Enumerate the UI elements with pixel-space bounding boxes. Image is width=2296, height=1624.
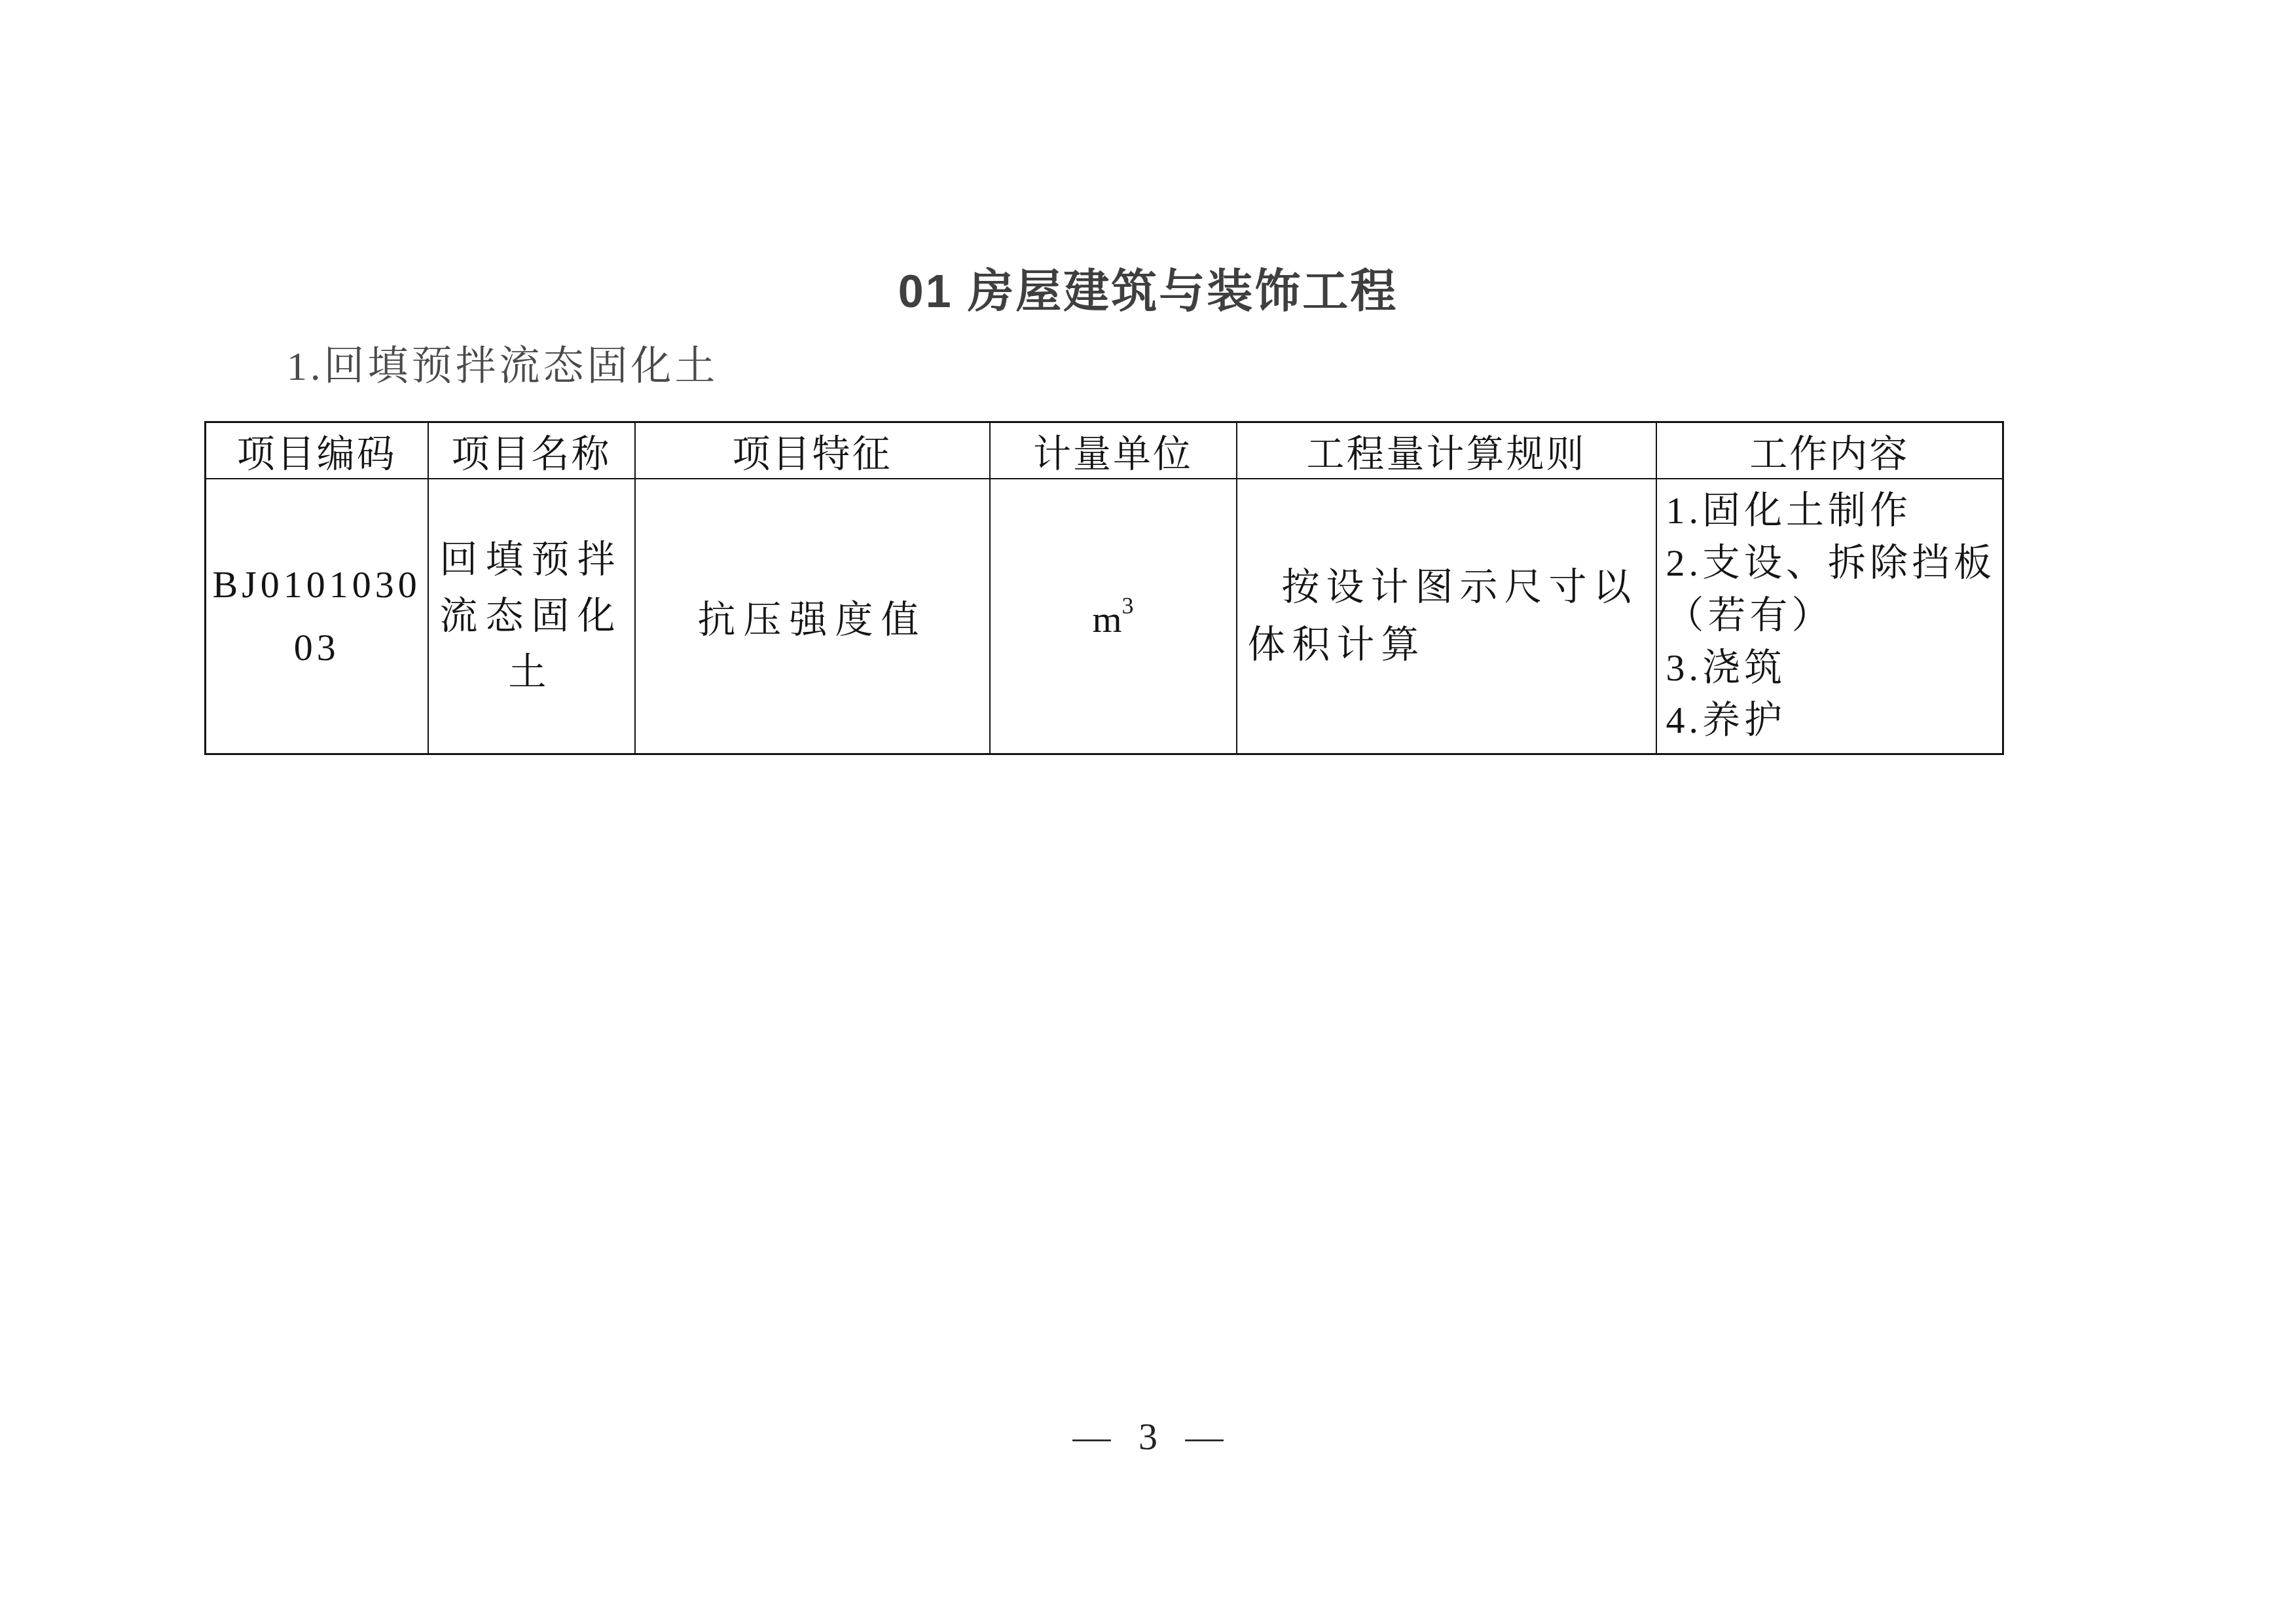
header-project-feature: 项目特征	[635, 422, 990, 479]
header-work-content: 工作内容	[1656, 422, 2003, 479]
table-data-row: BJ010103003 回填预拌流态固化土 抗压强度值 m3 按设计图示尺寸以体…	[206, 479, 2003, 754]
cell-work-content: 1.固化土制作 2.支设、拆除挡板（若有） 3.浇筑 4.养护	[1656, 479, 2003, 754]
quantity-rule-text: 按设计图示尺寸以体积计算	[1248, 559, 1645, 674]
cell-project-name: 回填预拌流态固化土	[428, 479, 635, 754]
table-header-row: 项目编码 项目名称 项目特征 计量单位 工程量计算规则 工作内容	[206, 422, 2003, 479]
header-measure-unit: 计量单位	[990, 422, 1237, 479]
cell-measure-unit: m3	[990, 479, 1237, 754]
header-project-code: 项目编码	[206, 422, 428, 479]
cell-quantity-rule: 按设计图示尺寸以体积计算	[1237, 479, 1656, 754]
section-heading: 1.回填预拌流态固化土	[287, 343, 719, 390]
work-item: 2.支设、拆除挡板（若有）	[1666, 537, 1999, 642]
document-page: 01 房屋建筑与装饰工程 1.回填预拌流态固化土 项目编码 项目名称 项目特征 …	[0, 0, 2296, 1624]
work-item: 3.浇筑	[1666, 642, 1999, 694]
work-item: 4.养护	[1666, 694, 1999, 747]
header-project-name: 项目名称	[428, 422, 635, 479]
cell-project-code: BJ010103003	[206, 479, 428, 754]
cell-project-feature: 抗压强度值	[635, 479, 990, 754]
page-number: — 3 —	[0, 1414, 2296, 1458]
header-quantity-rule: 工程量计算规则	[1237, 422, 1656, 479]
unit-base: m	[1092, 598, 1121, 640]
work-item: 1.固化土制作	[1666, 485, 1999, 537]
unit-exponent: 3	[1122, 593, 1134, 619]
page-title: 01 房屋建筑与装饰工程	[0, 265, 2296, 318]
spec-table: 项目编码 项目名称 项目特征 计量单位 工程量计算规则 工作内容 BJ01010…	[204, 421, 2004, 755]
